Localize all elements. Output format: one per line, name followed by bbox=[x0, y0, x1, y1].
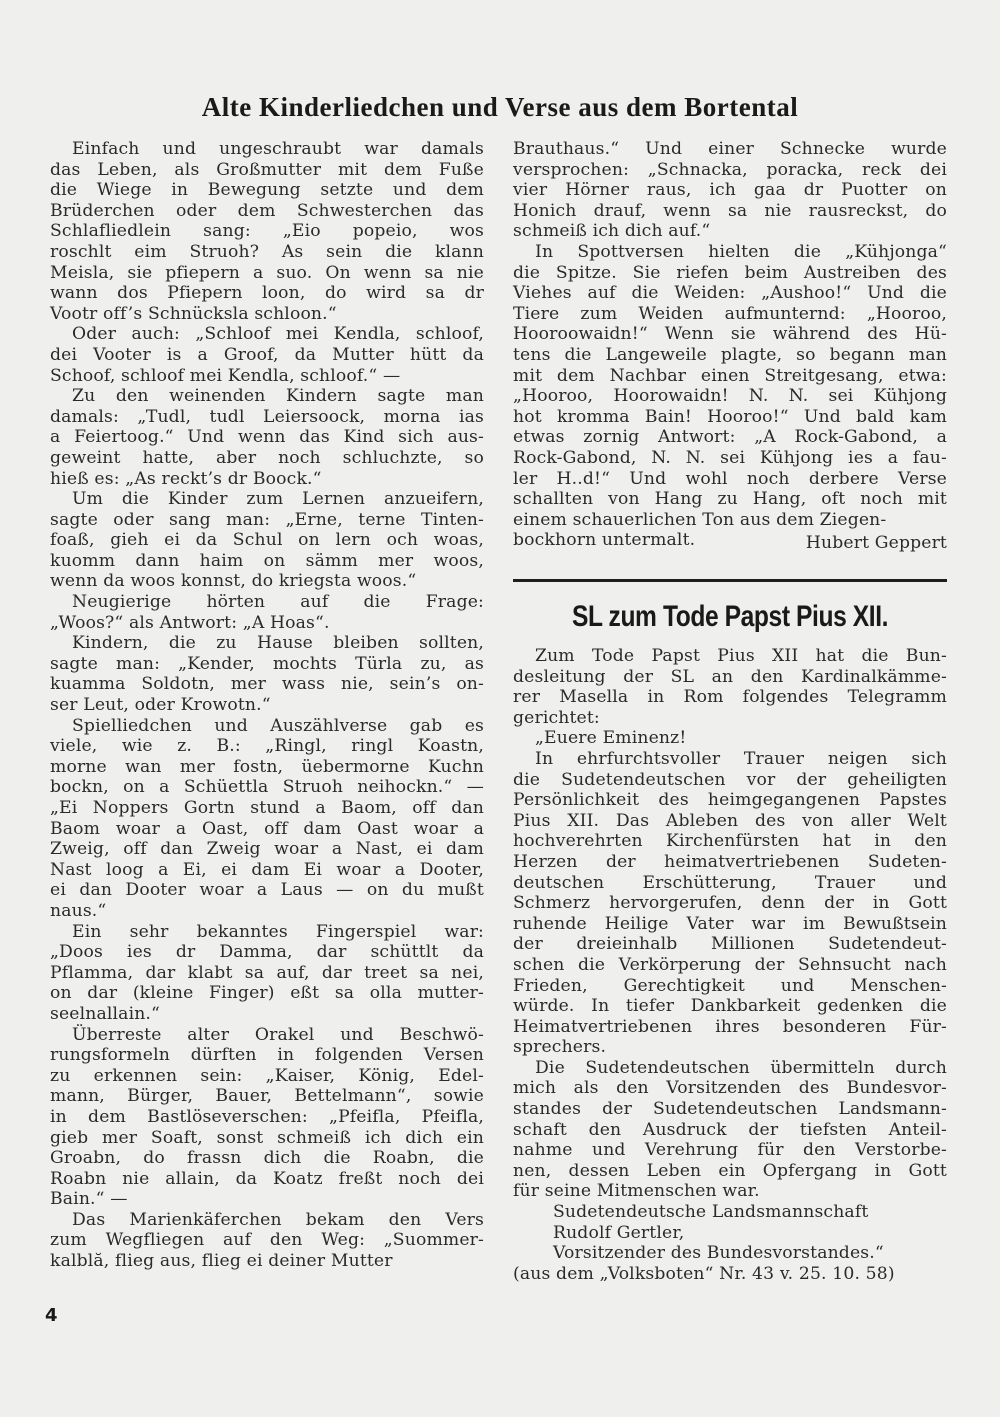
text-line: Pius XII. Das Ableben des von aller Welt bbox=[513, 811, 947, 832]
text-line: bockhorn untermalt. bbox=[513, 530, 695, 554]
signature-line: Vorsitzender des Bundesvorstandes.“ bbox=[513, 1243, 947, 1264]
text-line: seelnallain.“ bbox=[50, 1004, 484, 1025]
text-line: rungsformeln dürften in folgenden Versen bbox=[50, 1045, 484, 1066]
text-line: on dar (kleine Finger) eßt sa olla mutte… bbox=[50, 983, 484, 1004]
text-line: geweint hatte, aber noch schluchzte, so bbox=[50, 448, 484, 469]
text-line: Kindern, die zu Hause bleiben sollten, bbox=[50, 633, 484, 654]
text-line: Heimatvertriebenen ihres besonderen Für- bbox=[513, 1017, 947, 1038]
text-line: Frieden, Gerechtigkeit und Menschen- bbox=[513, 976, 947, 997]
text-line: viele, wie z. B.: „Ringl, ringl Koastn, bbox=[50, 736, 484, 757]
text-line: die Wiege in Bewegung setzte und dem bbox=[50, 180, 484, 201]
text-line: Rock-Gabond, N. N. sei Kühjong ies a fau… bbox=[513, 448, 947, 469]
text-line: Viehes auf die Weiden: „Aushoo!“ Und die bbox=[513, 283, 947, 304]
paragraph: Überreste alter Orakel und Beschwö-rungs… bbox=[50, 1025, 484, 1210]
text-line: Einfach und ungeschraubt war damals bbox=[50, 139, 484, 160]
paragraph: Um die Kinder zum Lernen anzueifern,sagt… bbox=[50, 489, 484, 592]
text-line: dei Vooter is a Groof, da Mutter hütt da bbox=[50, 345, 484, 366]
signature-block: Sudetendeutsche LandsmannschaftRudolf Ge… bbox=[513, 1202, 947, 1264]
author-name: Hubert Geppert bbox=[806, 533, 947, 554]
text-line: desleitung der SL an den Kardinalkämme- bbox=[513, 667, 947, 688]
text-line: würde. In tiefer Dankbarkeit gedenken di… bbox=[513, 996, 947, 1017]
text-line: standes der Sudetendeutschen Landsmann- bbox=[513, 1099, 947, 1120]
text-line: schen die Verkörperung der Sehnsucht nac… bbox=[513, 955, 947, 976]
text-line: schallten von Hang zu Hang, oft noch mit bbox=[513, 489, 947, 510]
text-line: Zweig, off dan Zweig woar a Nast, ei dam bbox=[50, 839, 484, 860]
text-line: „Ei Noppers Gortn stund a Baom, off dan bbox=[50, 798, 484, 819]
text-line: bockn, on a Schüettla Struoh neihockn.“ … bbox=[50, 777, 484, 798]
text-line: Honich drauf, wenn sa nie rausreckst, do bbox=[513, 201, 947, 222]
text-line: damals: „Tudl, tudl Leiersoock, morna ia… bbox=[50, 407, 484, 428]
text-line: gieb mer Soaft, sonst schmeiß ich dich e… bbox=[50, 1128, 484, 1149]
text-line: einem schauerlichen Ton aus dem Ziegen- bbox=[513, 510, 947, 531]
text-line: deutschen Erschütterung, Trauer und bbox=[513, 873, 947, 894]
text-line: hot kromma Bain! Hooroo!“ Und bald kam bbox=[513, 407, 947, 428]
text-line: sprechers. bbox=[513, 1037, 947, 1058]
text-line: Neugierige hörten auf die Frage: bbox=[50, 592, 484, 613]
text-line: hieß es: „As reckt’s dr Boock.“ bbox=[50, 469, 484, 490]
text-line: Vootr off’s Schnücksla schloon.“ bbox=[50, 304, 484, 325]
text-line: Baom woar a Oast, off dam Oast woar a bbox=[50, 819, 484, 840]
text-line: der dreieinhalb Millionen Sudetendeut- bbox=[513, 934, 947, 955]
page-number: 4 bbox=[45, 1305, 58, 1326]
text-line: Pflamma, dar klabt sa auf, dar treet sa … bbox=[50, 963, 484, 984]
paragraph: Spielliedchen und Auszählverse gab esvie… bbox=[50, 716, 484, 922]
text-line: sagte oder sang man: „Erne, terne Tinten… bbox=[50, 510, 484, 531]
text-line: „Euere Eminenz! bbox=[513, 728, 947, 749]
paragraph: In Spottversen hielten die „Kühjonga“die… bbox=[513, 242, 947, 530]
text-line: ei dan Dooter woar a Laus — on du mußt bbox=[50, 880, 484, 901]
text-line: naus.“ bbox=[50, 901, 484, 922]
text-line: Roabn nie allain, da Koatz freßt noch de… bbox=[50, 1169, 484, 1190]
text-line: Tiere zum Weiden aufmunternd: „Hooroo, bbox=[513, 304, 947, 325]
text-line: nahme und Verehrung für den Verstorbe- bbox=[513, 1140, 947, 1161]
signature-line: Sudetendeutsche Landsmannschaft bbox=[513, 1202, 947, 1223]
text-line: ruhende Heilige Vater war im Bewußtsein bbox=[513, 914, 947, 935]
text-line: mich als den Vorsitzenden des Bundesvor- bbox=[513, 1078, 947, 1099]
text-line: das Leben, als Großmutter mit dem Fuße bbox=[50, 160, 484, 181]
paragraph: „Euere Eminenz! bbox=[513, 728, 947, 749]
text-line: zum Wegfliegen auf den Weg: „Suommer- bbox=[50, 1230, 484, 1251]
text-line: „Woos?“ als Antwort: „A Hoas“. bbox=[50, 613, 484, 634]
text-line: Brüderchen oder dem Schwesterchen das bbox=[50, 201, 484, 222]
text-line: hochverehrten Kirchenfürsten hat in den bbox=[513, 831, 947, 852]
paragraph: Ein sehr bekanntes Fingerspiel war:„Doos… bbox=[50, 922, 484, 1025]
text-line: kuamma Soldotn, mer wass nie, sein’s on- bbox=[50, 674, 484, 695]
text-line: Spielliedchen und Auszählverse gab es bbox=[50, 716, 484, 737]
text-line: Das Marienkäferchen bekam den Vers bbox=[50, 1210, 484, 1231]
text-line: Schmerz hervorgerufen, denn der in Gott bbox=[513, 893, 947, 914]
section-divider bbox=[513, 579, 947, 582]
text-line: foaß, gieh ei da Schul on lern och woas, bbox=[50, 530, 484, 551]
telegram-article-body: Zum Tode Papst Pius XII hat die Bun-desl… bbox=[513, 646, 947, 1284]
text-line: etwas zornig Antwort: „A Rock-Gabond, a bbox=[513, 427, 947, 448]
text-line: Ein sehr bekanntes Fingerspiel war: bbox=[50, 922, 484, 943]
text-line: kuomm dann haim on sämm mer woos, bbox=[50, 551, 484, 572]
text-line: schmeiß ich dich auf.“ bbox=[513, 221, 947, 242]
text-line: vier Hörner raus, ich gaa dr Puotter on bbox=[513, 180, 947, 201]
text-line: mann, Bürger, Bauer, Bettelmann“, sowie bbox=[50, 1086, 484, 1107]
text-line: Schlafliedlein sang: „Eio popeio, wos bbox=[50, 221, 484, 242]
text-line: Bain.“ — bbox=[50, 1189, 484, 1210]
text-line: In Spottversen hielten die „Kühjonga“ bbox=[513, 242, 947, 263]
text-line: Groabn, do frassn dich die Roabn, die bbox=[50, 1148, 484, 1169]
paragraph: In ehrfurchtsvoller Trauer neigen sichdi… bbox=[513, 749, 947, 1058]
paragraph: Zu den weinenden Kindern sagte mandamals… bbox=[50, 386, 484, 489]
section-title: SL zum Tode Papst Pius XII. bbox=[552, 600, 908, 634]
text-line: wenn da woos konnst, do kriegsta woos.“ bbox=[50, 571, 484, 592]
text-line: Hooroowaidn!“ Wenn sie während des Hü- bbox=[513, 324, 947, 345]
signature-line: Rudolf Gertler, bbox=[513, 1223, 947, 1244]
source-citation: (aus dem „Volksboten“ Nr. 43 v. 25. 10. … bbox=[513, 1264, 947, 1285]
text-line: nen, dessen Leben ein Opfergang in Gott bbox=[513, 1161, 947, 1182]
text-line: ler H..d!“ Und wohl noch derbere Verse bbox=[513, 469, 947, 490]
text-line: tens die Langeweile plagte, so begann ma… bbox=[513, 345, 947, 366]
text-line: die Sudetendeutschen vor der geheiligten bbox=[513, 770, 947, 791]
article-right-column-continuation: Brauthaus.“ Und einer Schnecke wurdevers… bbox=[513, 139, 947, 554]
article-title: Alte Kinderliedchen und Verse aus dem Bo… bbox=[0, 92, 1000, 123]
text-line: Schoof, schloof mei Kendla, schloof.“ — bbox=[50, 366, 484, 387]
text-line: Zum Tode Papst Pius XII hat die Bun- bbox=[513, 646, 947, 667]
closing-line-with-author: bockhorn untermalt.Hubert Geppert bbox=[513, 530, 947, 554]
text-line: Persönlichkeit des heimgegangenen Papste… bbox=[513, 790, 947, 811]
paragraph: Brauthaus.“ Und einer Schnecke wurdevers… bbox=[513, 139, 947, 242]
text-line: zu erkennen sein: „Kaiser, König, Edel- bbox=[50, 1066, 484, 1087]
paragraph: Das Marienkäferchen bekam den Verszum We… bbox=[50, 1210, 484, 1272]
text-line: Oder auch: „Schloof mei Kendla, schloof, bbox=[50, 324, 484, 345]
text-line: Brauthaus.“ Und einer Schnecke wurde bbox=[513, 139, 947, 160]
text-line: kalblă, flieg aus, flieg ei deiner Mutte… bbox=[50, 1251, 484, 1272]
paragraph: Kindern, die zu Hause bleiben sollten,sa… bbox=[50, 633, 484, 715]
paragraph: Oder auch: „Schloof mei Kendla, schloof,… bbox=[50, 324, 484, 386]
text-line: schaft den Ausdruck der tiefsten Anteil- bbox=[513, 1120, 947, 1141]
text-line: die Spitze. Sie riefen beim Austreiben d… bbox=[513, 263, 947, 284]
article-left-column: Einfach und ungeschraubt war damalsdas L… bbox=[50, 139, 484, 1272]
text-line: Zu den weinenden Kindern sagte man bbox=[50, 386, 484, 407]
paragraph: Einfach und ungeschraubt war damalsdas L… bbox=[50, 139, 484, 324]
text-line: Überreste alter Orakel und Beschwö- bbox=[50, 1025, 484, 1046]
text-line: roschlt eim Struoh? As sein die klann bbox=[50, 242, 484, 263]
paragraph: Zum Tode Papst Pius XII hat die Bun-desl… bbox=[513, 646, 947, 728]
text-line: versprochen: „Schnacka, poracka, reck de… bbox=[513, 160, 947, 181]
paragraph: Die Sudetendeutschen übermitteln durchmi… bbox=[513, 1058, 947, 1202]
text-line: Herzen der heimatvertriebenen Sudeten- bbox=[513, 852, 947, 873]
text-line: rer Masella in Rom folgendes Telegramm bbox=[513, 687, 947, 708]
text-line: für seine Mitmenschen war. bbox=[513, 1181, 947, 1202]
text-line: mit dem Nachbar einen Streitgesang, etwa… bbox=[513, 366, 947, 387]
paragraph: Neugierige hörten auf die Frage:„Woos?“ … bbox=[50, 592, 484, 633]
text-line: Um die Kinder zum Lernen anzueifern, bbox=[50, 489, 484, 510]
text-line: gerichtet: bbox=[513, 708, 947, 729]
text-line: sagte man: „Kender, mochts Türla zu, as bbox=[50, 654, 484, 675]
text-line: In ehrfurchtsvoller Trauer neigen sich bbox=[513, 749, 947, 770]
text-line: „Doos ies dr Damma, dar schüttlt da bbox=[50, 942, 484, 963]
text-line: ser Leut, oder Krowotn.“ bbox=[50, 695, 484, 716]
text-line: Nast loog a Ei, ei dam Ei woar a Dooter, bbox=[50, 860, 484, 881]
text-line: „Hooroo, Hoorowaidn! N. N. sei Kühjong bbox=[513, 386, 947, 407]
text-line: morne wan mer fostn, üebermorne Kuchn bbox=[50, 757, 484, 778]
text-line: in dem Bastlöseverschen: „Pfeifla, Pfeif… bbox=[50, 1107, 484, 1128]
text-line: Meisla, sie pfiepern a suo. On wenn sa n… bbox=[50, 263, 484, 284]
text-line: Die Sudetendeutschen übermitteln durch bbox=[513, 1058, 947, 1079]
text-line: a Feiertoog.“ Und wenn das Kind sich aus… bbox=[50, 427, 484, 448]
text-line: wann dos Pfiepern loon, do wird sa dr bbox=[50, 283, 484, 304]
